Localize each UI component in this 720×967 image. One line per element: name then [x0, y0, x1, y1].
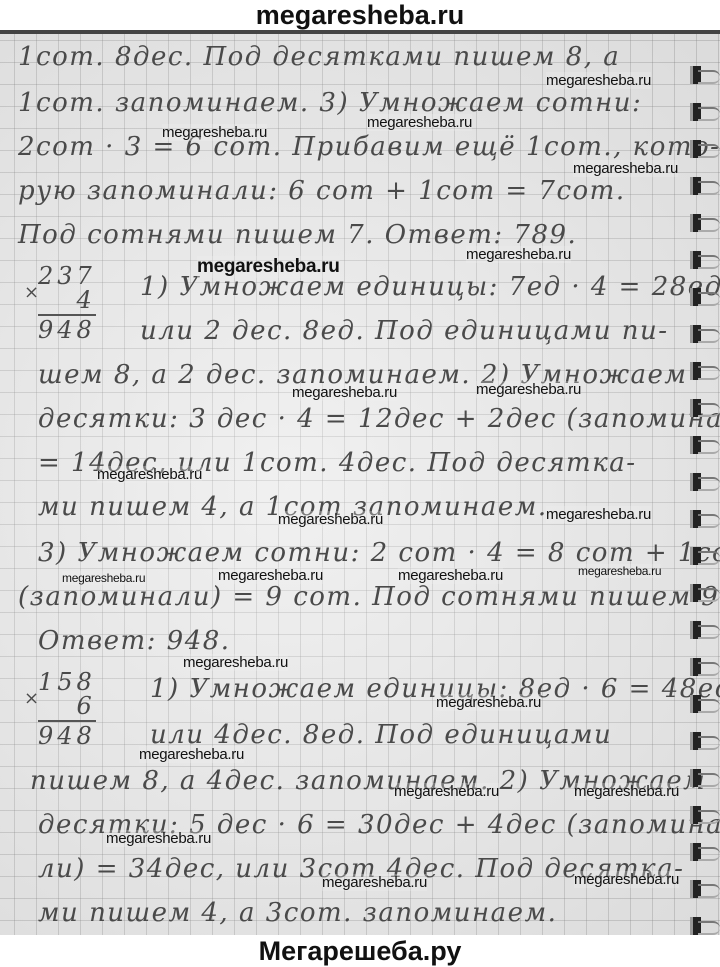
solution-line: ми пишем 4, а 3сот. запоминаем.: [38, 898, 557, 928]
spiral-ring-icon: [686, 804, 720, 826]
multiplier: 6: [38, 694, 96, 718]
watermark: megaresheba.ru: [197, 256, 340, 278]
watermark: megaresheba.ru: [394, 783, 499, 800]
solution-line: или 2 дес. 8ед. Под единицами пи-: [140, 316, 669, 346]
spiral-ring-icon: [686, 249, 720, 271]
notebook-spiral-binding: [680, 34, 720, 939]
spiral-ring-icon: [686, 878, 720, 900]
spiral-ring-icon: [686, 471, 720, 493]
spiral-ring-icon: [686, 101, 720, 123]
solution-line: рую запоминали: 6 сот + 1сот = 7сот.: [18, 176, 626, 206]
spiral-ring-icon: [686, 175, 720, 197]
multiply-sign: ×: [24, 282, 43, 303]
watermark: megaresheba.ru: [546, 506, 651, 523]
watermark: megaresheba.ru: [476, 381, 581, 398]
watermark: megaresheba.ru: [62, 571, 145, 585]
watermark: megaresheba.ru: [139, 746, 244, 763]
site-header-title: megaresheba.ru: [0, 0, 720, 30]
product: 948: [38, 318, 96, 342]
spiral-ring-icon: [686, 841, 720, 863]
watermark: megaresheba.ru: [574, 783, 679, 800]
notebook-page: 1сот. 8дес. Под десятками пишем 8, а 1со…: [0, 30, 720, 939]
watermark: megaresheba.ru: [466, 246, 571, 263]
solution-line: 1сот. 8дес. Под десятками пишем 8, а: [18, 42, 620, 72]
multiplicand: 237: [38, 264, 96, 288]
watermark: megaresheba.ru: [162, 124, 267, 141]
solution-line: (запоминали) = 9 сот. Под сотнями пишем …: [18, 582, 720, 612]
spiral-ring-icon: [686, 730, 720, 752]
spiral-ring-icon: [686, 323, 720, 345]
watermark: megaresheba.ru: [574, 871, 679, 888]
watermark: megaresheba.ru: [573, 160, 678, 177]
watermark: megaresheba.ru: [106, 830, 211, 847]
spiral-ring-icon: [686, 138, 720, 160]
multiply-sign: ×: [24, 688, 43, 709]
watermark: megaresheba.ru: [278, 511, 383, 528]
watermark: megaresheba.ru: [97, 466, 202, 483]
spiral-ring-icon: [686, 767, 720, 789]
watermark: megaresheba.ru: [398, 567, 503, 584]
spiral-ring-icon: [686, 545, 720, 567]
site-footer-title: Мегарешеба.ру: [0, 935, 720, 967]
spiral-ring-icon: [686, 397, 720, 419]
watermark: megaresheba.ru: [546, 72, 651, 89]
multiplicand: 158: [38, 670, 96, 694]
solution-line: 1сот. запоминаем. 3) Умножаем сотни:: [18, 88, 642, 118]
solution-line: 2сот · 3 = 6 сот. Прибавим ещё 1сот., ко…: [18, 132, 720, 162]
watermark: megaresheba.ru: [218, 567, 323, 584]
solution-line: десятки: 3 дес · 4 = 12дес + 2дес (запом…: [38, 404, 720, 434]
watermark: megaresheba.ru: [436, 694, 541, 711]
spiral-ring-icon: [686, 508, 720, 530]
spiral-ring-icon: [686, 360, 720, 382]
spiral-ring-icon: [686, 64, 720, 86]
product: 948: [38, 724, 96, 748]
spiral-ring-icon: [686, 434, 720, 456]
solution-line: Ответ: 948.: [38, 626, 231, 656]
watermark: megaresheba.ru: [367, 114, 472, 131]
spiral-ring-icon: [686, 915, 720, 937]
spiral-ring-icon: [686, 656, 720, 678]
watermark: megaresheba.ru: [183, 654, 288, 671]
watermark: megaresheba.ru: [292, 384, 397, 401]
column-multiplication-2: × 158 6 948: [38, 670, 96, 748]
solution-line: 1) Умножаем единицы: 8ед · 6 = 48ед,: [150, 674, 720, 704]
multiplier: 4: [38, 288, 96, 312]
spiral-ring-icon: [686, 582, 720, 604]
column-multiplication-1: × 237 4 948: [38, 264, 96, 342]
watermark: megaresheba.ru: [578, 564, 661, 578]
spiral-ring-icon: [686, 619, 720, 641]
spiral-ring-icon: [686, 286, 720, 308]
spiral-ring-icon: [686, 212, 720, 234]
watermark: megaresheba.ru: [322, 874, 427, 891]
spiral-ring-icon: [686, 693, 720, 715]
